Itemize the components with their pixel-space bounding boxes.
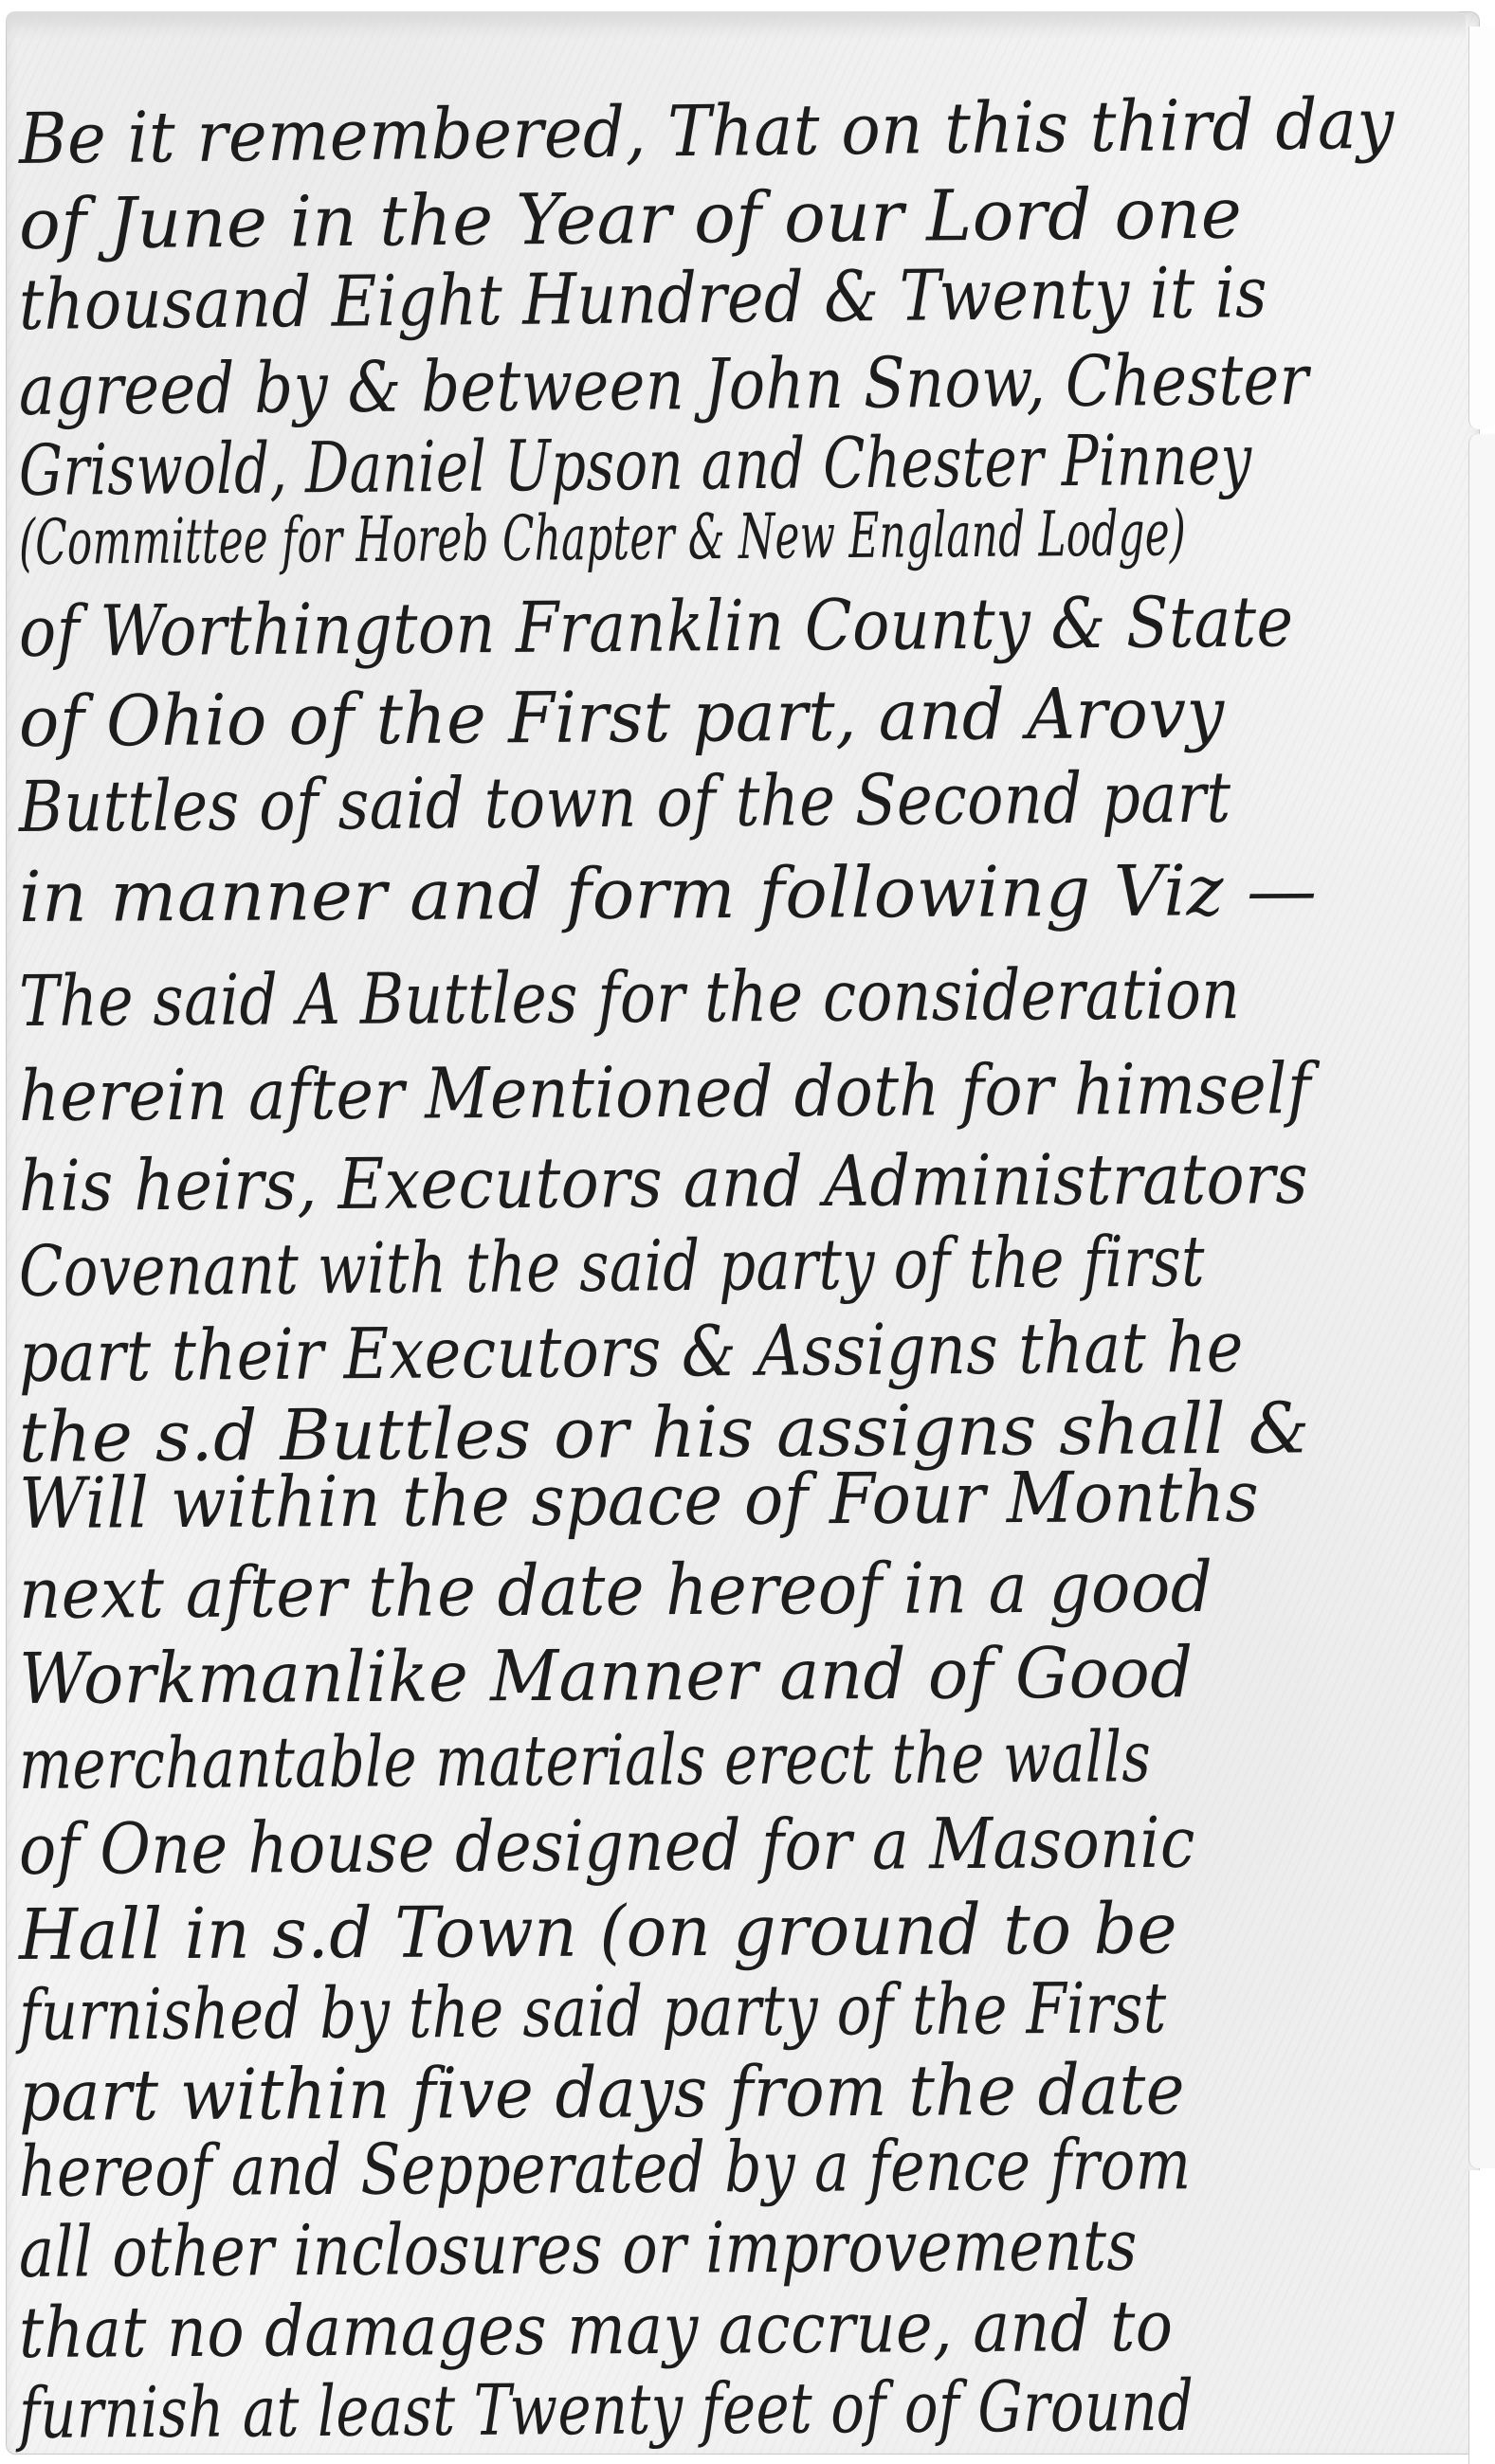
- manuscript-line: of One house designed for a Masonic: [19, 1808, 1195, 1885]
- manuscript-line: next after the date hereof in a good: [19, 1552, 1213, 1629]
- manuscript-line: (Committee for Horeb Chapter & New Engla…: [19, 502, 1186, 574]
- manuscript-line: merchantable materials erect the walls: [19, 1722, 1151, 1800]
- manuscript-line: Covenant with the said party of the firs…: [19, 1226, 1205, 1307]
- manuscript-line: all other inclosures or improvements: [19, 2211, 1138, 2288]
- scanned-page: Be it remembered, That on this third day…: [0, 0, 1495, 2464]
- manuscript-line: in manner and form following Viz —: [19, 856, 1318, 933]
- right-margin-fold: [1468, 434, 1495, 2168]
- manuscript-line: furnish at least Twenty feet of of Groun…: [19, 2371, 1194, 2449]
- manuscript-line: part within five days from the date: [19, 2055, 1185, 2131]
- manuscript-line: herein after Mentioned doth for himself: [19, 1054, 1311, 1132]
- manuscript-line: furnished by the said party of the First: [19, 1973, 1167, 2051]
- manuscript-line: of Ohio of the First part, and Arovy: [19, 679, 1225, 757]
- manuscript-line: Hall in s.d Town (on ground to be: [19, 1893, 1177, 1970]
- manuscript-line: Griswold, Daniel Upson and Chester Pinne…: [19, 425, 1252, 506]
- manuscript-line: his heirs, Executors and Administrators: [19, 1144, 1308, 1222]
- manuscript-line: Workmanlike Manner and of Good: [19, 1638, 1194, 1714]
- paper-top-edge-shadow: [6, 11, 1466, 40]
- manuscript-line: of June in the Year of our Lord one: [19, 179, 1243, 260]
- right-margin-strip: [1468, 27, 1495, 429]
- manuscript-line: The said A Buttles for the consideration: [19, 959, 1241, 1037]
- manuscript-line: thousand Eight Hundred & Twenty it is: [19, 258, 1267, 340]
- manuscript-line: part their Executors & Assigns that he: [19, 1313, 1244, 1392]
- manuscript-line: Will within the space of Four Months: [19, 1462, 1260, 1539]
- right-margin-strip: [1468, 2170, 1495, 2464]
- manuscript-line: agreed by & between John Snow, Chester: [19, 345, 1309, 426]
- manuscript-line: of Worthington Franklin County & State: [19, 587, 1294, 667]
- manuscript-line: that no damages may accrue, and to: [19, 2292, 1174, 2368]
- manuscript-line: Be it remembered, That on this third day: [19, 89, 1395, 174]
- manuscript-line: hereof and Sepperated by a fence from: [19, 2129, 1192, 2207]
- manuscript-line: Buttles of said town of the Second part: [19, 763, 1231, 842]
